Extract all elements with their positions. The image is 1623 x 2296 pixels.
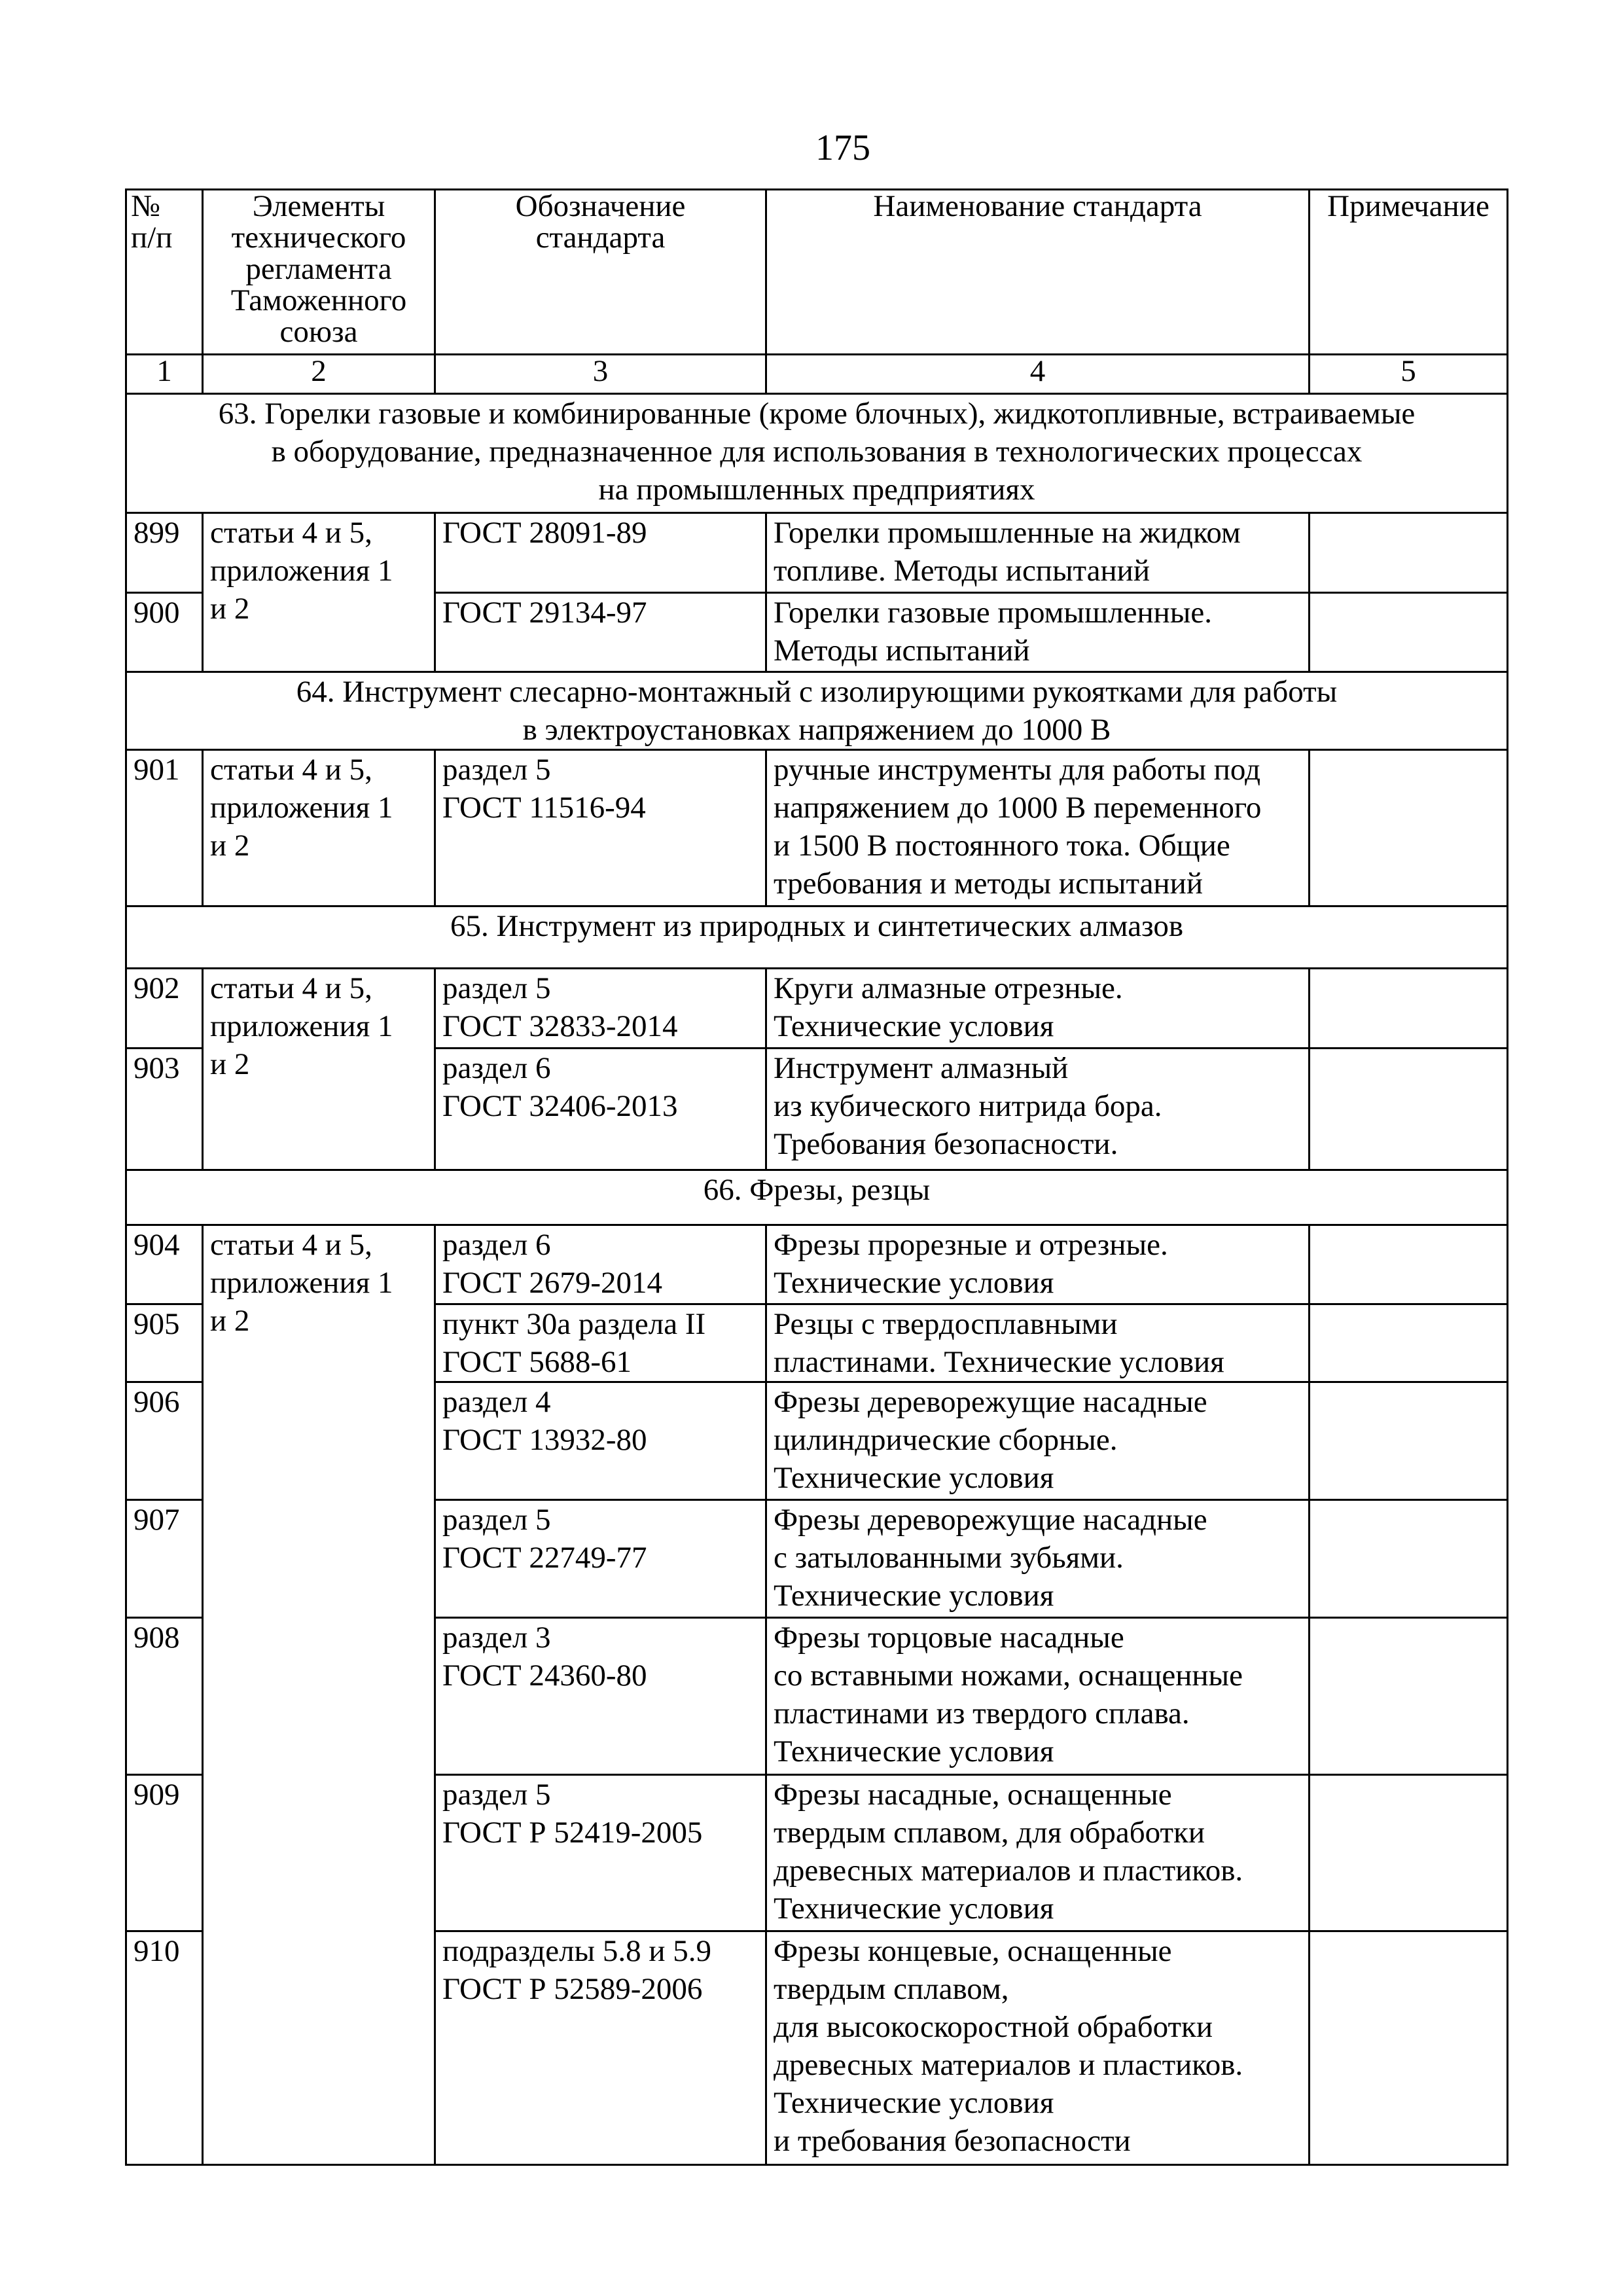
section-heading-line: 65. Инструмент из природных и синтетичес… bbox=[134, 907, 1500, 945]
standard-name: Фрезы концевые, оснащенныетвердым сплаво… bbox=[766, 1931, 1310, 2165]
standard-designation-line: ГОСТ 11516-94 bbox=[442, 789, 758, 827]
standard-name-line: ручные инструменты для работы под bbox=[774, 751, 1302, 789]
standard-designation: пункт 30а раздела IIГОСТ 5688-61 bbox=[435, 1304, 766, 1382]
standard-name-line: Требования безопасности. bbox=[774, 1125, 1302, 1163]
standard-name-line: твердым сплавом, для обработки bbox=[774, 1814, 1302, 1852]
standard-designation-line: подразделы 5.8 и 5.9 bbox=[442, 1932, 758, 1970]
standard-name: ручные инструменты для работы поднапряже… bbox=[766, 750, 1310, 906]
standard-name: Инструмент алмазныйиз кубического нитрид… bbox=[766, 1049, 1310, 1170]
regulation-elements-line: приложения 1 bbox=[210, 1007, 427, 1045]
header-col-name: Наименование стандарта bbox=[766, 190, 1310, 355]
standard-name-line: для высокоскоростной обработки bbox=[774, 2008, 1302, 2046]
regulation-elements: статьи 4 и 5,приложения 1и 2 bbox=[203, 750, 435, 906]
standard-name: Фрезы прорезные и отрезные.Технические у… bbox=[766, 1225, 1310, 1304]
standard-designation-line: раздел 4 bbox=[442, 1383, 758, 1421]
standard-designation-line: раздел 6 bbox=[442, 1049, 758, 1087]
standard-name-line: и 1500 В постоянного тока. Общие bbox=[774, 827, 1302, 865]
standard-designation-line: ГОСТ 32833-2014 bbox=[442, 1007, 758, 1045]
regulation-elements-line: статьи 4 и 5, bbox=[210, 751, 427, 789]
regulation-elements-line: статьи 4 и 5, bbox=[210, 969, 427, 1007]
row-number: 902 bbox=[126, 969, 203, 1049]
standard-designation-line: ГОСТ 32406-2013 bbox=[442, 1087, 758, 1125]
row-number: 904 bbox=[126, 1225, 203, 1304]
standard-name-line: Методы испытаний bbox=[774, 632, 1302, 670]
standard-designation: ГОСТ 29134-97 bbox=[435, 593, 766, 672]
standard-name-line: Технические условия bbox=[774, 1459, 1302, 1497]
standard-name-line: Фрезы концевые, оснащенные bbox=[774, 1932, 1302, 1970]
section-heading: 65. Инструмент из природных и синтетичес… bbox=[126, 906, 1508, 969]
standard-name-line: древесных материалов и пластиков. bbox=[774, 2046, 1302, 2084]
header-text-line: Обозначение bbox=[442, 190, 758, 222]
standard-name: Горелки промышленные на жидкомтопливе. М… bbox=[766, 513, 1310, 593]
regulation-elements-line: и 2 bbox=[210, 827, 427, 865]
column-numbers-row: 1 2 3 4 5 bbox=[126, 355, 1508, 394]
standard-name-line: цилиндрические сборные. bbox=[774, 1421, 1302, 1459]
header-text-line: Таможенного bbox=[210, 285, 427, 316]
standard-name-line: Круги алмазные отрезные. bbox=[774, 969, 1302, 1007]
standard-designation-line: ГОСТ Р 52419-2005 bbox=[442, 1814, 758, 1852]
note bbox=[1310, 1049, 1508, 1170]
row-number: 903 bbox=[126, 1049, 203, 1170]
note bbox=[1310, 969, 1508, 1049]
standard-name-line: твердым сплавом, bbox=[774, 1970, 1302, 2008]
standard-name-line: напряжением до 1000 В переменного bbox=[774, 789, 1302, 827]
standard-designation-line: раздел 6 bbox=[442, 1226, 758, 1264]
section-heading-row: 66. Фрезы, резцы bbox=[126, 1170, 1508, 1225]
row-number: 899 bbox=[126, 513, 203, 593]
section-heading: 66. Фрезы, резцы bbox=[126, 1170, 1508, 1225]
regulation-elements-line: приложения 1 bbox=[210, 552, 427, 590]
standard-name-line: Фрезы дереворежущие насадные bbox=[774, 1383, 1302, 1421]
section-heading-line: 66. Фрезы, резцы bbox=[134, 1171, 1500, 1209]
regulation-elements-line: приложения 1 bbox=[210, 789, 427, 827]
standard-name-line: требования и методы испытаний bbox=[774, 865, 1302, 903]
section-heading-line: на промышленных предприятиях bbox=[134, 471, 1500, 509]
standard-designation: раздел 5ГОСТ 11516-94 bbox=[435, 750, 766, 906]
header-col-note: Примечание bbox=[1310, 190, 1508, 355]
standard-designation-line: ГОСТ 13932-80 bbox=[442, 1421, 758, 1459]
standard-name-line: из кубического нитрида бора. bbox=[774, 1087, 1302, 1125]
regulation-elements-line: и 2 bbox=[210, 1045, 427, 1083]
standard-name-line: Технические условия bbox=[774, 1577, 1302, 1615]
standard-designation: ГОСТ 28091-89 bbox=[435, 513, 766, 593]
page-number: 175 bbox=[0, 128, 1623, 168]
note bbox=[1310, 513, 1508, 593]
row-number: 905 bbox=[126, 1304, 203, 1382]
standard-name: Фрезы дереворежущие насадныес затылованн… bbox=[766, 1500, 1310, 1618]
column-number-4: 4 bbox=[766, 355, 1310, 394]
header-text-line: п/п bbox=[131, 222, 195, 253]
section-heading-line: 64. Инструмент слесарно-монтажный с изол… bbox=[134, 673, 1500, 711]
header-text-line: Элементы bbox=[210, 190, 427, 222]
standard-name-line: Технические условия bbox=[774, 1890, 1302, 1928]
standard-name: Фрезы торцовые насадныесо вставными ножа… bbox=[766, 1618, 1310, 1775]
standard-name: Круги алмазные отрезные.Технические усло… bbox=[766, 969, 1310, 1049]
standard-name-line: Фрезы прорезные и отрезные. bbox=[774, 1226, 1302, 1264]
standard-name-line: Горелки газовые промышленные. bbox=[774, 594, 1302, 632]
standard-designation: раздел 5ГОСТ Р 52419-2005 bbox=[435, 1775, 766, 1931]
standards-table: №п/п ЭлементытехническогорегламентаТамож… bbox=[125, 188, 1508, 2166]
standard-name-line: пластинами из твердого сплава. bbox=[774, 1695, 1302, 1732]
header-col-number: №п/п bbox=[126, 190, 203, 355]
standard-name-line: Технические условия bbox=[774, 1732, 1302, 1770]
standard-designation-line: ГОСТ Р 52589-2006 bbox=[442, 1970, 758, 2008]
column-number-1: 1 bbox=[126, 355, 203, 394]
section-heading-line: в электроустановках напряжением до 1000 … bbox=[134, 711, 1500, 749]
standard-name-line: Фрезы насадные, оснащенные bbox=[774, 1776, 1302, 1814]
standard-name-line: топливе. Методы испытаний bbox=[774, 552, 1302, 590]
standard-designation-line: ГОСТ 5688-61 bbox=[442, 1343, 758, 1381]
header-text-line: Наименование стандарта bbox=[774, 190, 1302, 222]
note bbox=[1310, 1382, 1508, 1500]
regulation-elements-line: и 2 bbox=[210, 590, 427, 628]
standard-name-line: с затылованными зубьями. bbox=[774, 1539, 1302, 1577]
table-body: 63. Горелки газовые и комбинированные (к… bbox=[126, 394, 1508, 2165]
standard-designation: раздел 5ГОСТ 32833-2014 bbox=[435, 969, 766, 1049]
standard-name: Резцы с твердосплавнымипластинами. Техни… bbox=[766, 1304, 1310, 1382]
standard-name-line: Технические условия bbox=[774, 1007, 1302, 1045]
regulation-elements: статьи 4 и 5,приложения 1и 2 bbox=[203, 969, 435, 1170]
header-text-line: Примечание bbox=[1317, 190, 1500, 222]
section-heading-line: в оборудование, предназначенное для испо… bbox=[134, 433, 1500, 471]
regulation-elements-line: статьи 4 и 5, bbox=[210, 1226, 427, 1264]
note bbox=[1310, 1931, 1508, 2165]
standard-name-line: и требования безопасности bbox=[774, 2122, 1302, 2160]
standard-designation-line: ГОСТ 2679-2014 bbox=[442, 1264, 758, 1302]
standard-name-line: Технические условия bbox=[774, 2084, 1302, 2122]
standard-designation: раздел 3ГОСТ 24360-80 bbox=[435, 1618, 766, 1775]
header-col-elements: ЭлементытехническогорегламентаТаможенног… bbox=[203, 190, 435, 355]
standard-designation-line: раздел 5 bbox=[442, 751, 758, 789]
standard-designation-line: пункт 30а раздела II bbox=[442, 1305, 758, 1343]
standard-designation-line: раздел 5 bbox=[442, 1776, 758, 1814]
row-number: 906 bbox=[126, 1382, 203, 1500]
column-number-3: 3 bbox=[435, 355, 766, 394]
standard-name-line: пластинами. Технические условия bbox=[774, 1343, 1302, 1381]
header-text-line: стандарта bbox=[442, 222, 758, 253]
row-number: 901 bbox=[126, 750, 203, 906]
regulation-elements-line: приложения 1 bbox=[210, 1264, 427, 1302]
note bbox=[1310, 1500, 1508, 1618]
standard-name-line: Резцы с твердосплавными bbox=[774, 1305, 1302, 1343]
note bbox=[1310, 1225, 1508, 1304]
standard-name-line: Фрезы торцовые насадные bbox=[774, 1619, 1302, 1657]
standard-designation-line: ГОСТ 29134-97 bbox=[442, 594, 758, 632]
section-heading: 64. Инструмент слесарно-монтажный с изол… bbox=[126, 672, 1508, 750]
standard-designation-line: раздел 5 bbox=[442, 1501, 758, 1539]
standard-designation: раздел 5ГОСТ 22749-77 bbox=[435, 1500, 766, 1618]
section-heading-row: 65. Инструмент из природных и синтетичес… bbox=[126, 906, 1508, 969]
standard-name: Фрезы дереворежущие насадныецилиндрическ… bbox=[766, 1382, 1310, 1500]
row-number: 900 bbox=[126, 593, 203, 672]
section-heading-line: 63. Горелки газовые и комбинированные (к… bbox=[134, 395, 1500, 433]
standard-designation-line: ГОСТ 28091-89 bbox=[442, 514, 758, 552]
regulation-elements: статьи 4 и 5,приложения 1и 2 bbox=[203, 1225, 435, 2165]
table-row: 899статьи 4 и 5,приложения 1и 2ГОСТ 2809… bbox=[126, 513, 1508, 593]
section-heading-row: 63. Горелки газовые и комбинированные (к… bbox=[126, 394, 1508, 513]
standard-name: Горелки газовые промышленные.Методы испы… bbox=[766, 593, 1310, 672]
header-row: №п/п ЭлементытехническогорегламентаТамож… bbox=[126, 190, 1508, 355]
regulation-elements-line: и 2 bbox=[210, 1302, 427, 1340]
table-row: 902статьи 4 и 5,приложения 1и 2раздел 5Г… bbox=[126, 969, 1508, 1049]
row-number: 907 bbox=[126, 1500, 203, 1618]
standard-name-line: Фрезы дереворежущие насадные bbox=[774, 1501, 1302, 1539]
standard-designation-line: раздел 5 bbox=[442, 969, 758, 1007]
note bbox=[1310, 593, 1508, 672]
note bbox=[1310, 1618, 1508, 1775]
row-number: 909 bbox=[126, 1775, 203, 1931]
standard-designation-line: ГОСТ 24360-80 bbox=[442, 1657, 758, 1695]
section-heading: 63. Горелки газовые и комбинированные (к… bbox=[126, 394, 1508, 513]
standard-designation: раздел 6ГОСТ 2679-2014 bbox=[435, 1225, 766, 1304]
row-number: 908 bbox=[126, 1618, 203, 1775]
standard-name: Фрезы насадные, оснащенныетвердым сплаво… bbox=[766, 1775, 1310, 1931]
note bbox=[1310, 1775, 1508, 1931]
standard-name-line: Инструмент алмазный bbox=[774, 1049, 1302, 1087]
row-number: 910 bbox=[126, 1931, 203, 2165]
section-heading-row: 64. Инструмент слесарно-монтажный с изол… bbox=[126, 672, 1508, 750]
standard-designation-line: раздел 3 bbox=[442, 1619, 758, 1657]
standard-name-line: Технические условия bbox=[774, 1264, 1302, 1302]
header-text-line: регламента bbox=[210, 253, 427, 285]
header-text-line: союза bbox=[210, 316, 427, 348]
note bbox=[1310, 1304, 1508, 1382]
standard-designation: раздел 6ГОСТ 32406-2013 bbox=[435, 1049, 766, 1170]
standard-name-line: Горелки промышленные на жидком bbox=[774, 514, 1302, 552]
standard-name-line: со вставными ножами, оснащенные bbox=[774, 1657, 1302, 1695]
column-number-5: 5 bbox=[1310, 355, 1508, 394]
standard-designation: раздел 4ГОСТ 13932-80 bbox=[435, 1382, 766, 1500]
header-text-line: № bbox=[131, 190, 195, 222]
standard-designation-line: ГОСТ 22749-77 bbox=[442, 1539, 758, 1577]
column-number-2: 2 bbox=[203, 355, 435, 394]
standard-designation: подразделы 5.8 и 5.9ГОСТ Р 52589-2006 bbox=[435, 1931, 766, 2165]
header-col-designation: Обозначениестандарта bbox=[435, 190, 766, 355]
header-text-line: технического bbox=[210, 222, 427, 253]
regulation-elements-line: статьи 4 и 5, bbox=[210, 514, 427, 552]
standard-name-line: древесных материалов и пластиков. bbox=[774, 1852, 1302, 1890]
regulation-elements: статьи 4 и 5,приложения 1и 2 bbox=[203, 513, 435, 672]
table-row: 904статьи 4 и 5,приложения 1и 2раздел 6Г… bbox=[126, 1225, 1508, 1304]
table-row: 901статьи 4 и 5,приложения 1и 2раздел 5Г… bbox=[126, 750, 1508, 906]
note bbox=[1310, 750, 1508, 906]
